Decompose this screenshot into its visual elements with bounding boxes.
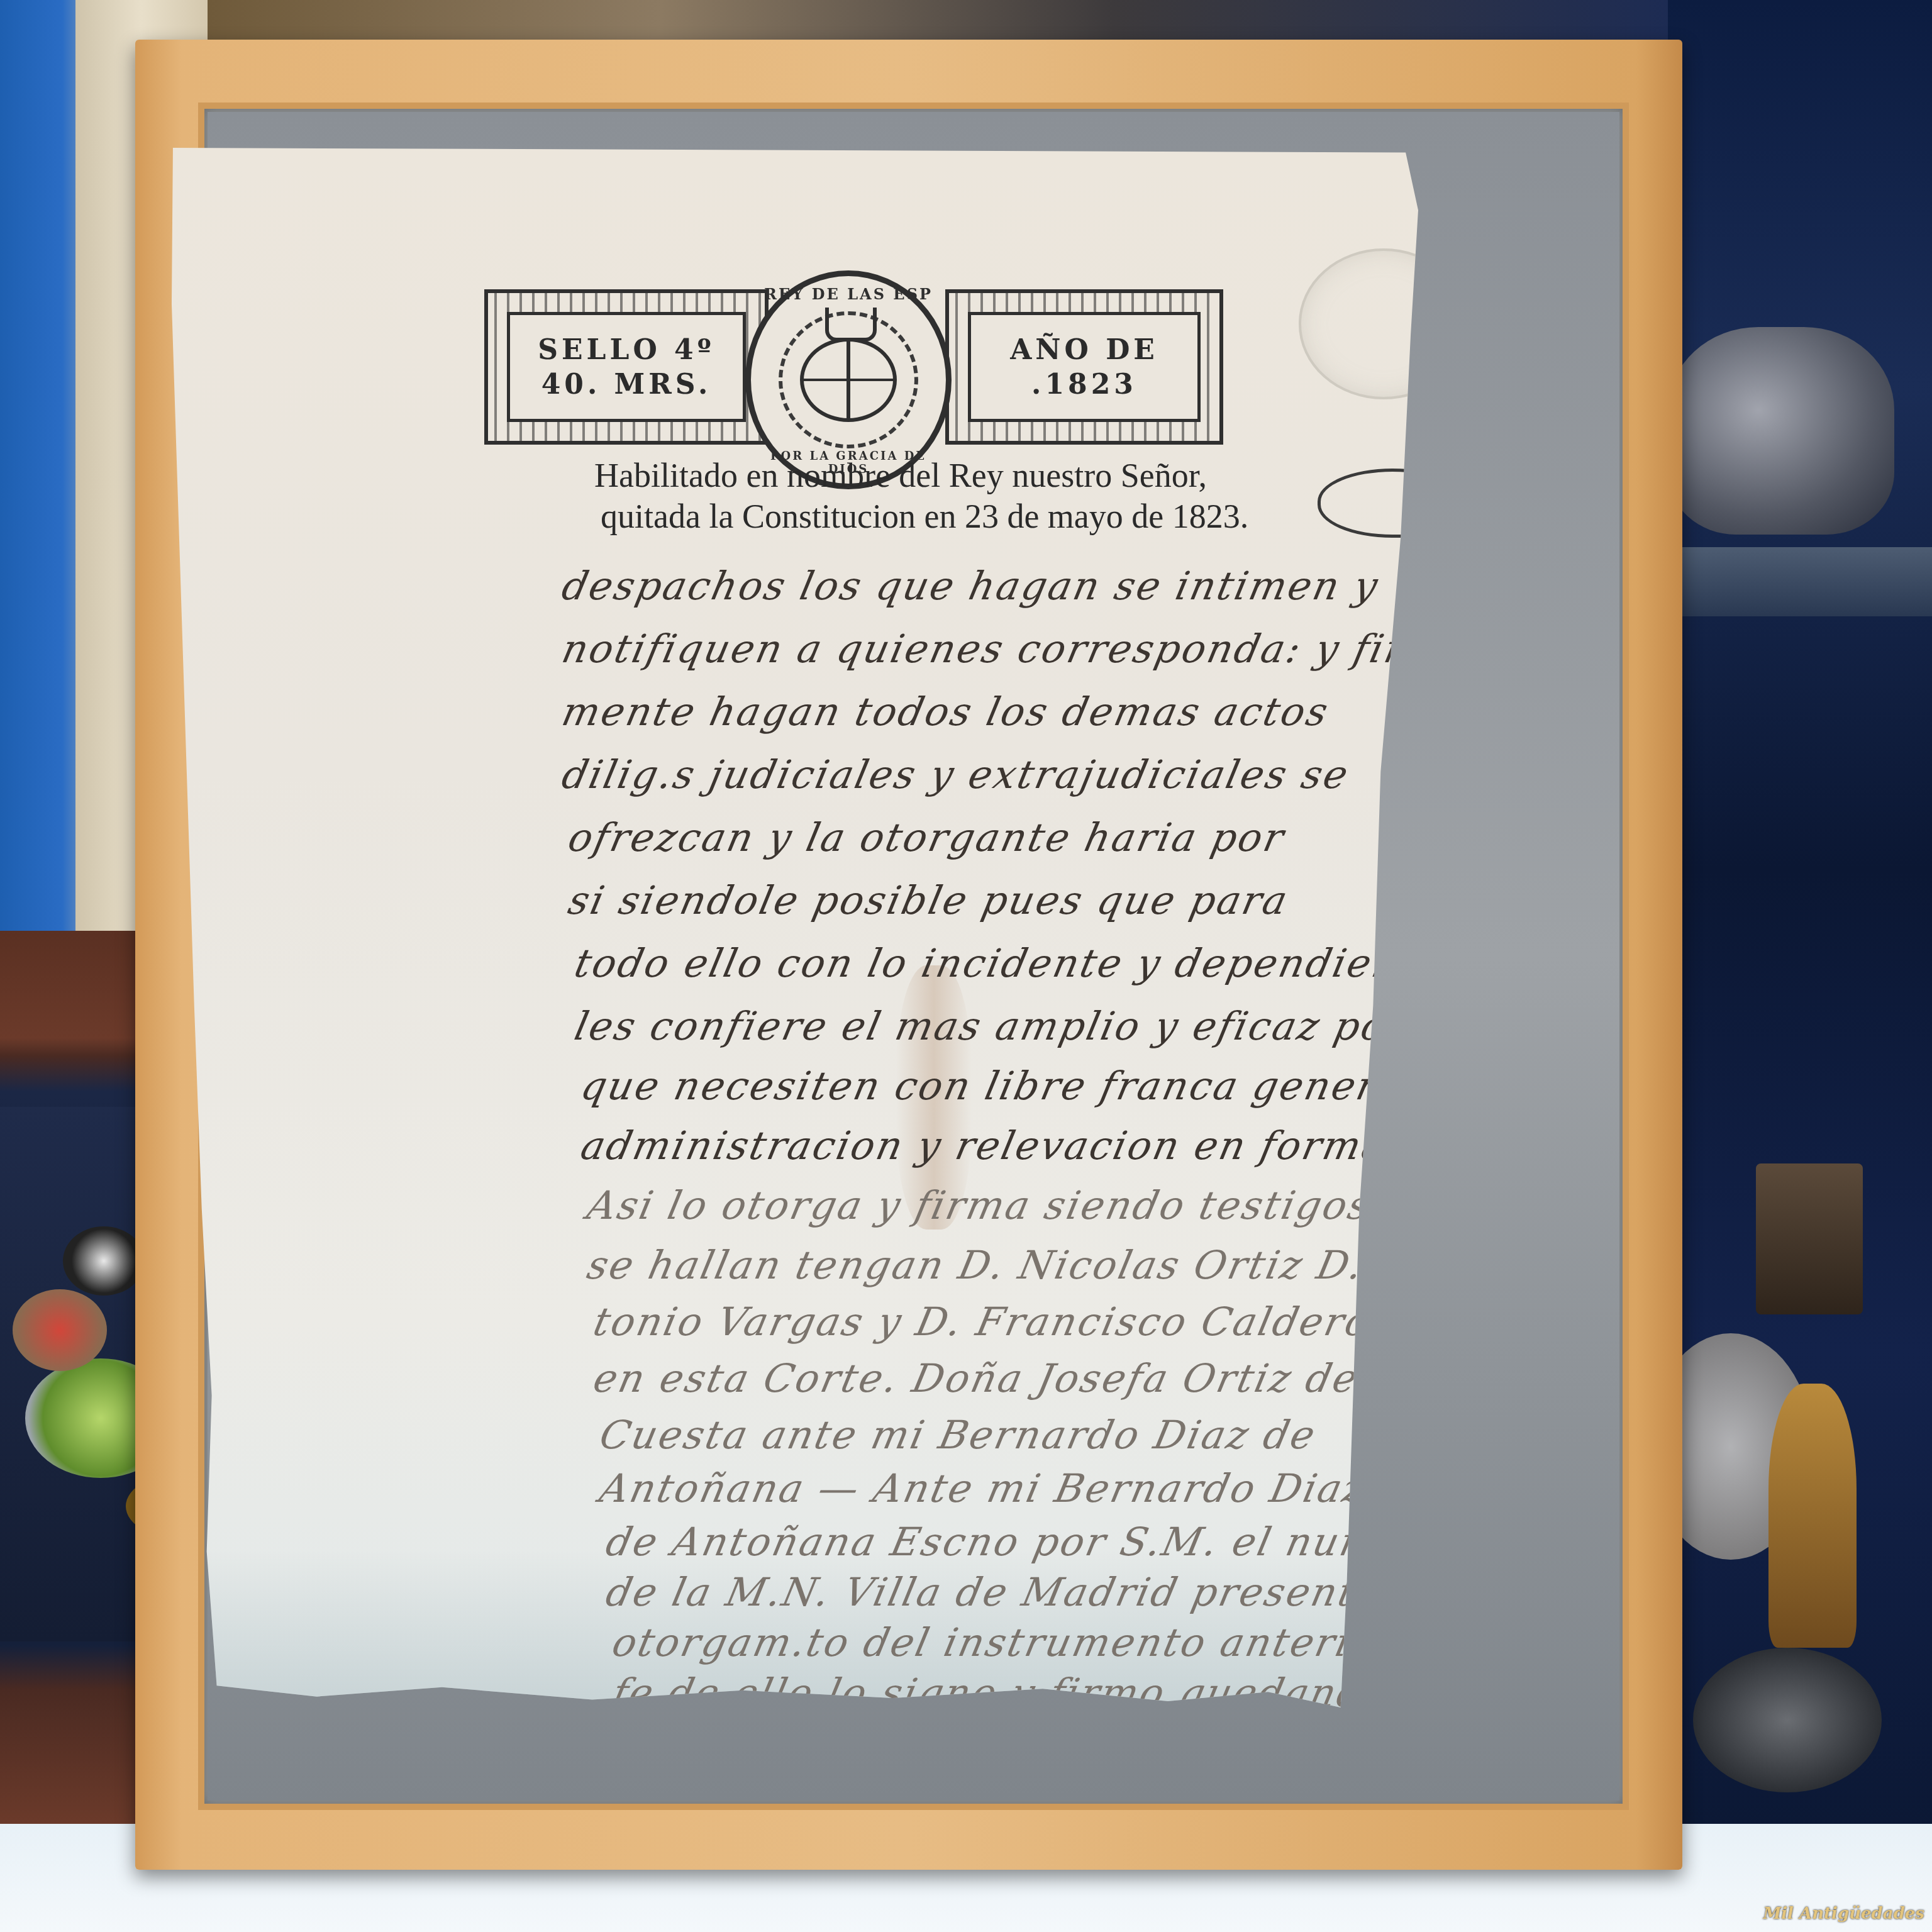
handwritten-line: administracion y relevacion en forma <box>577 1123 1392 1169</box>
handwritten-line: se hallan tengan D. Nicolas Ortiz D. An <box>583 1242 1440 1288</box>
stamp-year-value: .1823 <box>1031 367 1137 402</box>
handwritten-line: les confiere el mas amplio y eficaz pode… <box>570 1003 1464 1049</box>
handwritten-line: que necesiten con libre franca general <box>577 1063 1422 1109</box>
handwritten-line: mente hagan todos los demas actos <box>558 689 1333 735</box>
handwritten-line: en esta Corte. Doña Josefa Ortiz de la <box>589 1355 1417 1401</box>
background-brass-figurine <box>1768 1384 1857 1648</box>
handwritten-line: si siendole posible pues que para <box>564 877 1293 923</box>
stamp-year-label: AÑO DE <box>1010 333 1158 367</box>
stamp-left-inner: SELLO 4º 40. MRS. <box>507 312 746 422</box>
handwritten-line: Asi lo otorga y firma siendo testigos <box>583 1182 1375 1228</box>
background-glass-shelf <box>1668 547 1932 616</box>
handwritten-line: notifiquen a quienes corresponda: y fina… <box>558 626 1456 672</box>
background-top-shelf-items <box>208 0 1717 44</box>
seal-text-top: REY DE LAS ESP <box>751 285 946 303</box>
background-silver-vessel <box>1668 327 1894 535</box>
watermark: Mil Antigüedades <box>1763 1904 1924 1923</box>
stamp-right-box: AÑO DE .1823 <box>945 289 1223 445</box>
handwritten-line: de Antoñana Escno por S.M. el num. <box>602 1519 1399 1565</box>
handwritten-line: todo ello con lo incidente y dependiente <box>570 940 1447 986</box>
stamp-right-inner: AÑO DE .1823 <box>968 312 1201 422</box>
coat-of-arms-icon <box>800 338 897 422</box>
stamp-sello-label: SELLO 4º <box>538 333 714 367</box>
tax-stamp: SELLO 4º 40. MRS. AÑO DE .1823 REY DE LA… <box>484 270 1223 447</box>
background-metal-dial <box>1693 1648 1882 1792</box>
background-lamp <box>1756 1163 1863 1314</box>
handwritten-line: dilig.s judiciales y extrajudiciales se <box>558 752 1354 797</box>
stamp-value-label: 40. MRS. <box>541 367 712 402</box>
antique-document: 12 SELLO 4º 40. MRS. AÑO DE .1823 REY DE… <box>167 148 1418 1707</box>
crown-icon <box>825 308 877 341</box>
handwritten-line: Antoñana — Ante mi Bernardo Diaz <box>596 1465 1370 1511</box>
handwritten-line: despachos los que hagan se intimen y <box>558 563 1384 609</box>
handwritten-line: ofrezcan y la otorgante haria por <box>564 814 1289 860</box>
stamp-left-box: SELLO 4º 40. MRS. <box>484 289 769 445</box>
brooch-cameo <box>63 1226 145 1296</box>
handwritten-line: Cuesta ante mi Bernardo Diaz de <box>596 1412 1321 1458</box>
brooch-red <box>13 1289 107 1371</box>
